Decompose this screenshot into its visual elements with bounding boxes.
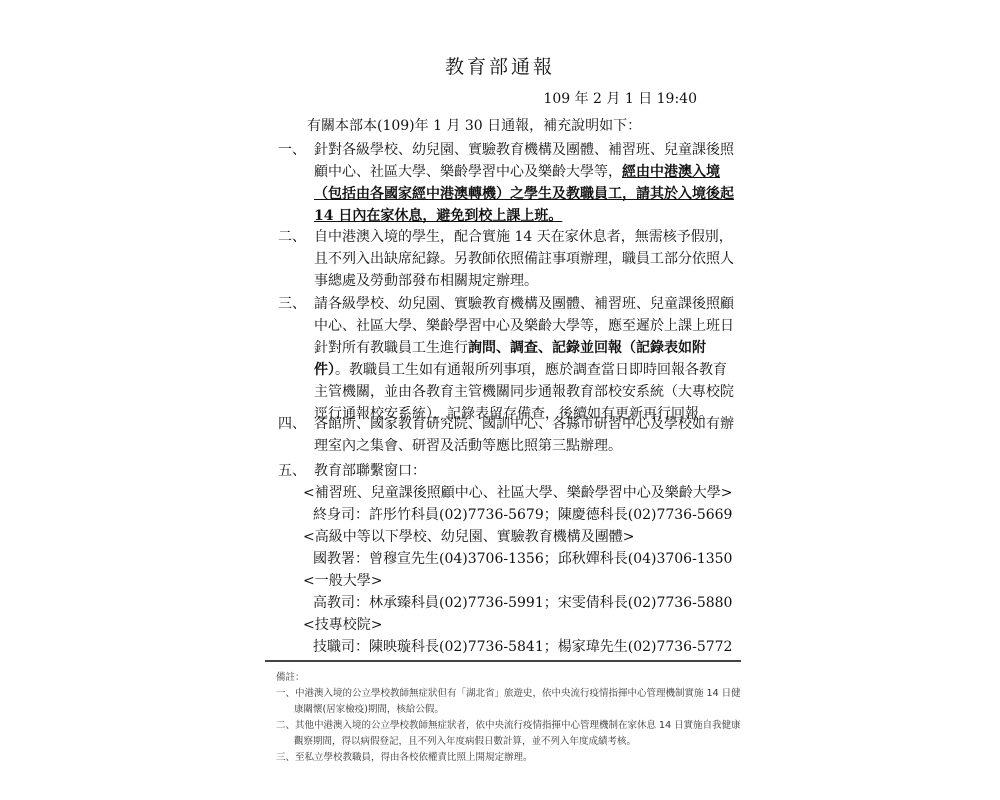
document-date: 109 年 2 月 1 日 19:40 — [543, 88, 697, 108]
contact-line: 終身司：許彤竹科員(02)7736-5679；陳慶德科長(02)7736-566… — [303, 504, 732, 526]
footnotes-heading: 備註： — [276, 670, 746, 686]
item-number: 一、 — [278, 139, 306, 161]
footnote-item: 二、其他中港澳入境的公立學校教師無症狀者，依中央流行疫情指揮中心管理機制在家休息… — [276, 718, 746, 750]
document-page: 教育部通報 109 年 2 月 1 日 19:40 有關本部本(109)年 1 … — [0, 0, 1000, 800]
item-5: 五、 教育部聯繫窗口： — [278, 460, 738, 482]
document-title: 教育部通報 — [0, 52, 1000, 79]
item-text: 自中港澳入境的學生，配合實施 14 天在家休息者，無需核予假別，且不列入出缺席紀… — [314, 226, 738, 292]
contact-category: <一般大學> — [303, 570, 732, 592]
item-text: 各館所、國家教育研究院、國訓中心、各縣市研習中心及學校如有辦理室內之集會、研習及… — [314, 413, 738, 457]
contact-category: <補習班、兒童課後照顧中心、社區大學、樂齡學習中心及樂齡大學> — [303, 482, 732, 504]
item-text: 教育部聯繫窗口： — [314, 460, 738, 482]
item-number: 二、 — [278, 226, 306, 248]
contact-list: <補習班、兒童課後照顧中心、社區大學、樂齡學習中心及樂齡大學> 終身司：許彤竹科… — [303, 482, 732, 658]
contact-line: 技職司：陳映璇科長(02)7736-5841；楊家瑋先生(02)7736-577… — [303, 636, 732, 658]
contact-line: 高教司：林承臻科員(02)7736-5991；宋雯倩科長(02)7736-588… — [303, 592, 732, 614]
contact-line: 國教署：曾穆宣先生(04)3706-1356；邱秋嬋科長(04)3706-135… — [303, 548, 732, 570]
contact-category: <技專校院> — [303, 614, 732, 636]
item-number: 四、 — [278, 413, 306, 435]
item-3: 三、 請各級學校、幼兒園、實驗教育機構及團體、補習班、兒童課後照顧中心、社區大學… — [278, 293, 738, 425]
document-intro: 有關本部本(109)年 1 月 30 日通報，補充說明如下： — [307, 115, 641, 135]
footnote-divider — [265, 660, 741, 662]
footnotes: 備註： 一、中港澳入境的公立學校教師無症狀但有「湖北省」旅遊史，依中央流行疫情指… — [276, 670, 746, 766]
item-4: 四、 各館所、國家教育研究院、國訓中心、各縣市研習中心及學校如有辦理室內之集會、… — [278, 413, 738, 457]
item-2: 二、 自中港澳入境的學生，配合實施 14 天在家休息者，無需核予假別，且不列入出… — [278, 226, 738, 292]
contact-category: <高級中等以下學校、幼兒園、實驗教育機構及團體> — [303, 526, 732, 548]
item-1: 一、 針對各級學校、幼兒園、實驗教育機構及團體、補習班、兒童課後照顧中心、社區大… — [278, 139, 738, 227]
footnote-item: 三、至私立學校教職員，得由各校依權責比照上開規定辦理。 — [276, 750, 746, 766]
item-number: 五、 — [278, 460, 306, 482]
item-number: 三、 — [278, 293, 306, 315]
footnote-item: 一、中港澳入境的公立學校教師無症狀但有「湖北省」旅遊史，依中央流行疫情指揮中心管… — [276, 686, 746, 718]
